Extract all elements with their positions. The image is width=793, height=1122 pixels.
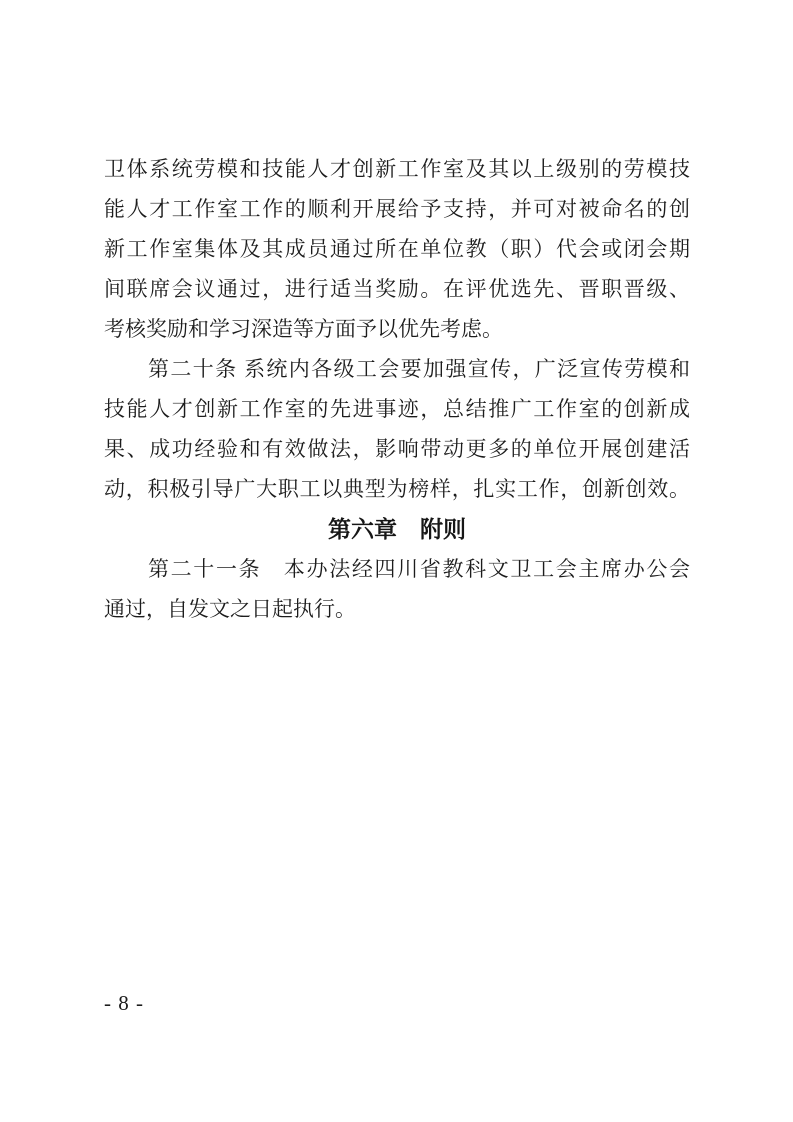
body-line: 间联席会议通过，进行适当奖励。在评优选先、晋职晋级、 (104, 269, 690, 309)
body-line: 技能人才创新工作室的先进事迹，总结推广工作室的创新成 (104, 389, 690, 429)
body-line: 第二十条 系统内各级工会要加强宣传，广泛宣传劳模和 (104, 349, 690, 389)
chapter-heading: 第六章 附则 (104, 509, 690, 549)
page-number: - 8 - (104, 991, 144, 1016)
body-line: 果、成功经验和有效做法，影响带动更多的单位开展创建活 (104, 429, 690, 469)
document-body: 卫体系统劳模和技能人才创新工作室及其以上级别的劳模技 能人才工作室工作的顺利开展… (104, 149, 690, 629)
paragraph-1: 卫体系统劳模和技能人才创新工作室及其以上级别的劳模技 能人才工作室工作的顺利开展… (104, 149, 690, 349)
body-line: 能人才工作室工作的顺利开展给予支持，并可对被命名的创 (104, 189, 690, 229)
body-line: 卫体系统劳模和技能人才创新工作室及其以上级别的劳模技 (104, 149, 690, 189)
body-line: 第二十一条 本办法经四川省教科文卫工会主席办公会 (104, 549, 690, 589)
body-line: 考核奖励和学习深造等方面予以优先考虑。 (104, 309, 690, 349)
body-line: 新工作室集体及其成员通过所在单位教（职）代会或闭会期 (104, 229, 690, 269)
paragraph-3: 第二十一条 本办法经四川省教科文卫工会主席办公会 通过，自发文之日起执行。 (104, 549, 690, 629)
body-line: 通过，自发文之日起执行。 (104, 589, 690, 629)
document-page: 卫体系统劳模和技能人才创新工作室及其以上级别的劳模技 能人才工作室工作的顺利开展… (0, 0, 793, 1122)
body-line: 动，积极引导广大职工以典型为榜样，扎实工作，创新创效。 (104, 469, 690, 509)
paragraph-2: 第二十条 系统内各级工会要加强宣传，广泛宣传劳模和 技能人才创新工作室的先进事迹… (104, 349, 690, 509)
